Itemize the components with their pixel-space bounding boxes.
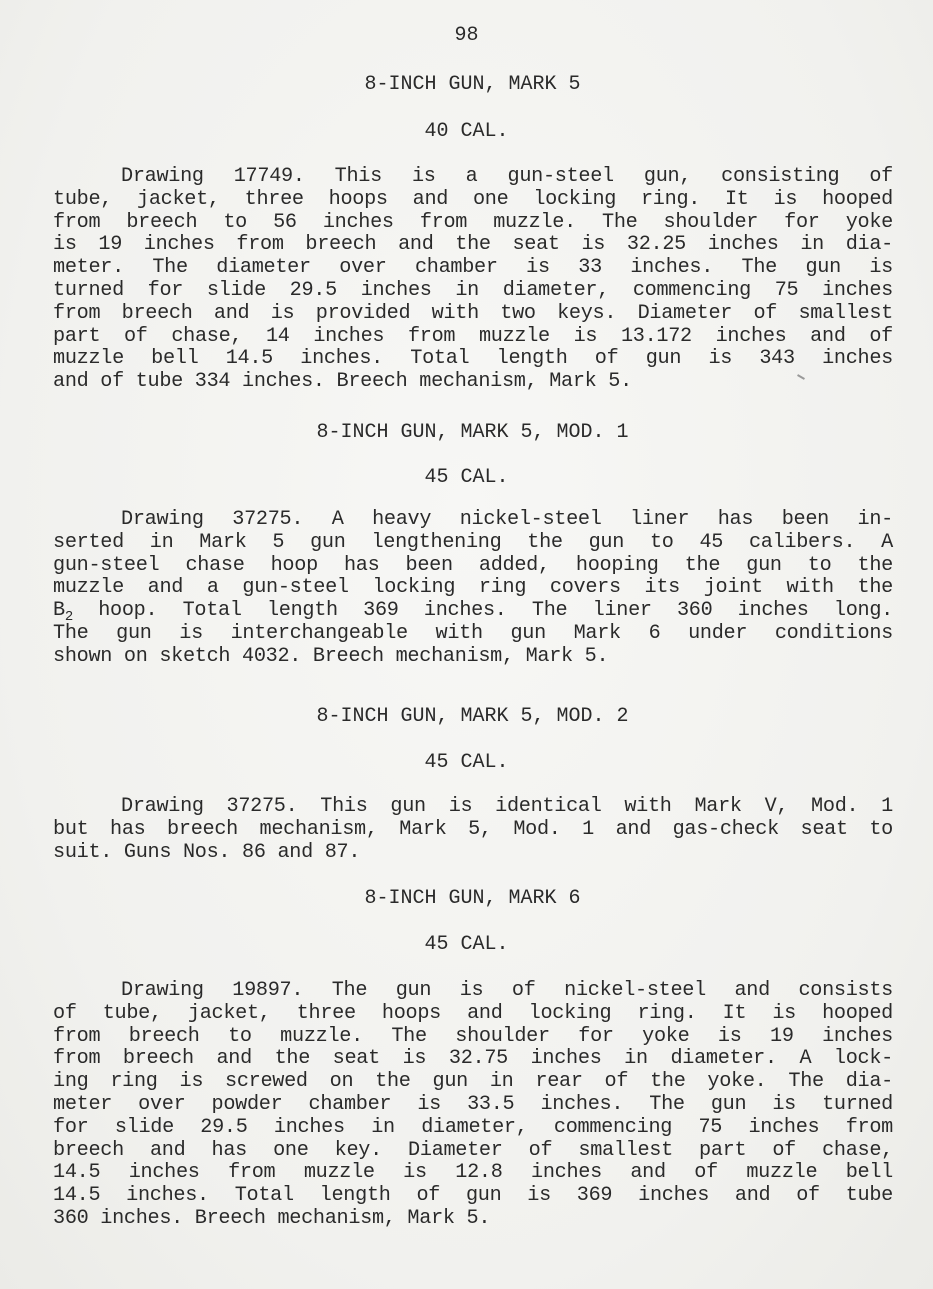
body-line: tube, jacket, three hoops and one lockin… [53, 189, 893, 212]
body-line: part of chase, 14 inches from muzzle is … [53, 326, 893, 349]
section-caliber-mark-6: 45 CAL. [0, 933, 933, 956]
body-line: muzzle bell 14.5 inches. Total length of… [53, 348, 893, 371]
body-line: but has breech mechanism, Mark 5, Mod. 1… [53, 819, 893, 842]
body-line: Drawing 37275. This gun is identical wit… [53, 796, 893, 819]
body-line: of tube, jacket, three hoops and locking… [53, 1003, 893, 1026]
body-line: from breech and the seat is 32.75 inches… [53, 1048, 893, 1071]
body-line: shown on sketch 4032. Breech mechanism, … [53, 646, 893, 669]
body-line: meter. The diameter over chamber is 33 i… [53, 257, 893, 280]
body-line: Drawing 17749. This is a gun-steel gun, … [53, 166, 893, 189]
body-line: breech and has one key. Diameter of smal… [53, 1140, 893, 1163]
section-heading-mark-5-mod-2: 8-INCH GUN, MARK 5, MOD. 2 [0, 705, 933, 728]
body-line: muzzle and a gun-steel locking ring cove… [53, 577, 893, 600]
body-line: from breech and is provided with two key… [53, 303, 893, 326]
body-line: 14.5 inches. Total length of gun is 369 … [53, 1185, 893, 1208]
page-number: 98 [0, 24, 933, 47]
body-line: for slide 29.5 inches in diameter, comme… [53, 1117, 893, 1140]
section-body-mark-5: Drawing 17749. This is a gun-steel gun, … [53, 166, 893, 394]
section-body-mark-5-mod-2: Drawing 37275. This gun is identical wit… [53, 796, 893, 864]
section-body-mark-6: Drawing 19897. The gun is of nickel-stee… [53, 980, 893, 1231]
section-heading-mark-6: 8-INCH GUN, MARK 6 [0, 887, 933, 910]
section-heading-mark-5-mod-1: 8-INCH GUN, MARK 5, MOD. 1 [0, 421, 933, 444]
body-line: gun-steel chase hoop has been added, hoo… [53, 555, 893, 578]
body-line: ing ring is screwed on the gun in rear o… [53, 1071, 893, 1094]
body-line: 14.5 inches from muzzle is 12.8 inches a… [53, 1162, 893, 1185]
body-line: from breech to 56 inches from muzzle. Th… [53, 212, 893, 235]
body-line: suit. Guns Nos. 86 and 87. [53, 842, 893, 865]
section-heading-mark-5: 8-INCH GUN, MARK 5 [0, 73, 933, 96]
section-body-mark-5-mod-1: Drawing 37275. A heavy nickel-steel line… [53, 509, 893, 669]
body-line: 360 inches. Breech mechanism, Mark 5. [53, 1208, 893, 1231]
section-caliber-mark-5: 40 CAL. [0, 120, 933, 143]
body-line: meter over powder chamber is 33.5 inches… [53, 1094, 893, 1117]
body-line: from breech to muzzle. The shoulder for … [53, 1026, 893, 1049]
section-caliber-mark-5-mod-2: 45 CAL. [0, 751, 933, 774]
body-line: is 19 inches from breech and the seat is… [53, 234, 893, 257]
section-caliber-mark-5-mod-1: 45 CAL. [0, 466, 933, 489]
body-line: serted in Mark 5 gun lengthening the gun… [53, 532, 893, 555]
body-line: Drawing 19897. The gun is of nickel-stee… [53, 980, 893, 1003]
body-line: turned for slide 29.5 inches in diameter… [53, 280, 893, 303]
document-page: 98 8-INCH GUN, MARK 5 40 CAL. Drawing 17… [0, 0, 933, 1289]
body-line: The gun is interchangeable with gun Mark… [53, 623, 893, 646]
body-line: B2 hoop. Total length 369 inches. The li… [53, 600, 893, 623]
body-line: Drawing 37275. A heavy nickel-steel line… [53, 509, 893, 532]
body-line: and of tube 334 inches. Breech mechanism… [53, 371, 893, 394]
